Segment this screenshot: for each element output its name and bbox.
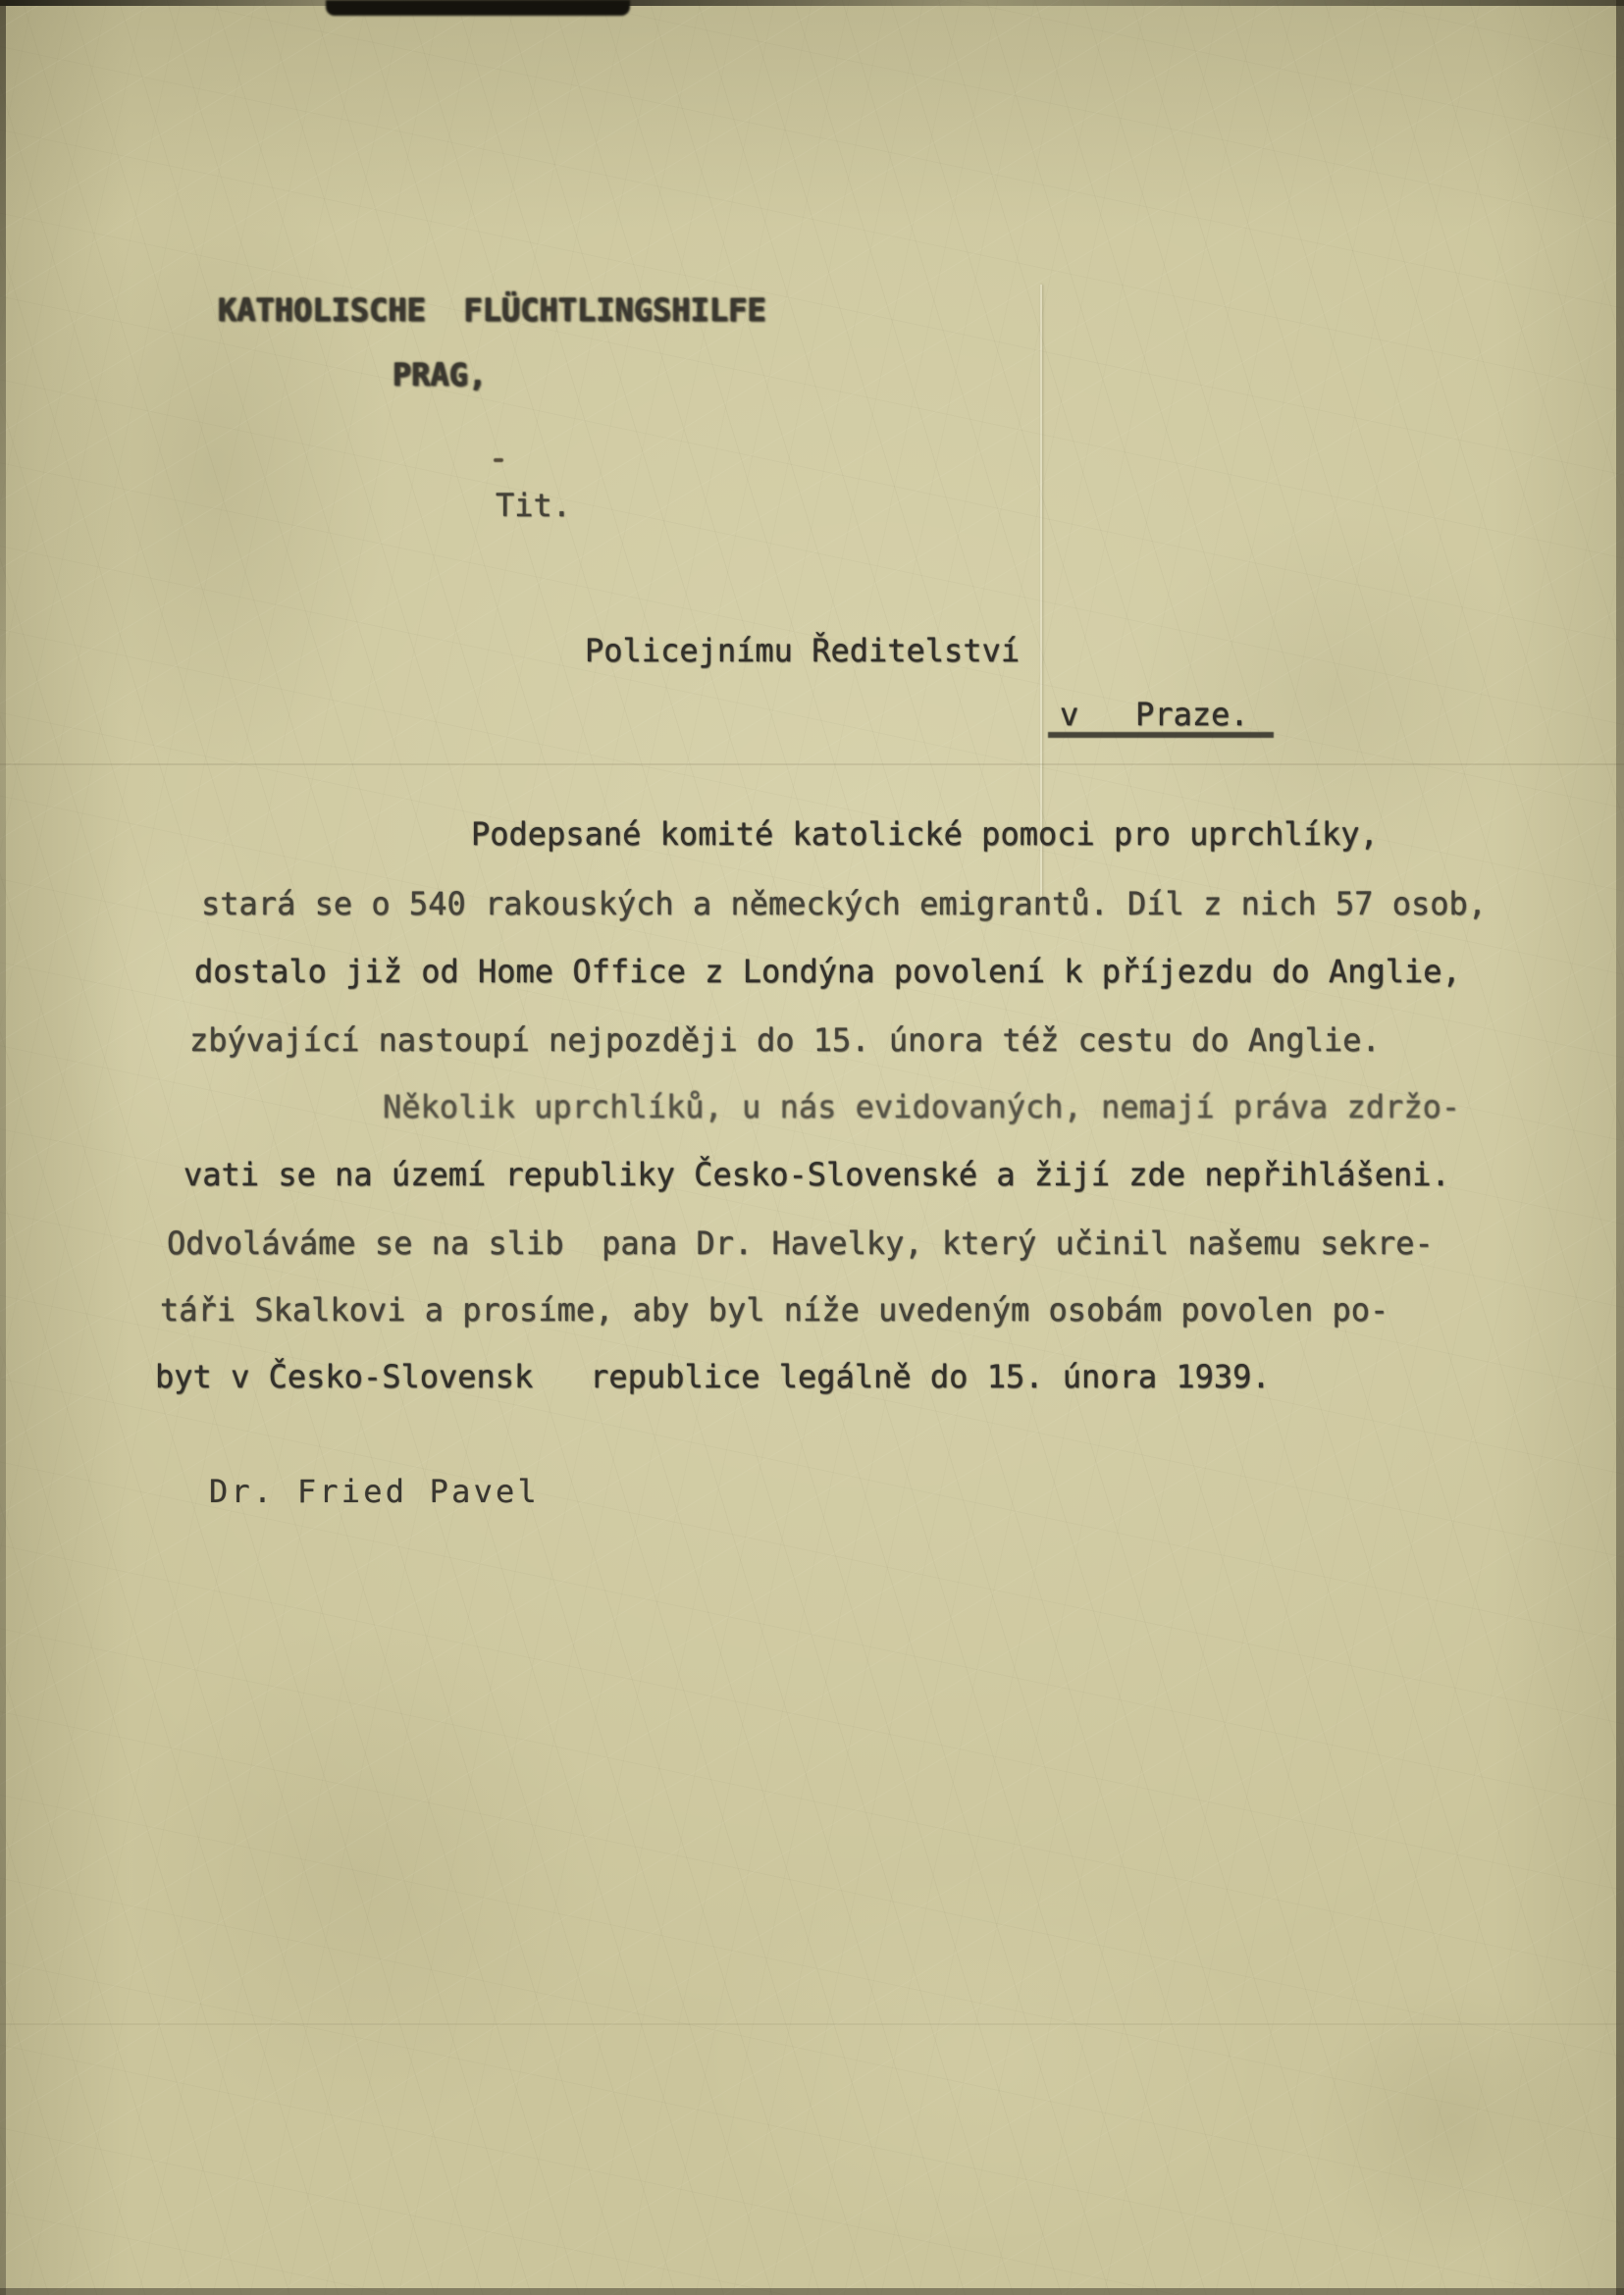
paper-highlight <box>687 1864 1276 2257</box>
salutation-line: Tit. <box>496 486 571 525</box>
body-line: Odvoláváme se na slib pana Dr. Havelky, … <box>167 1224 1434 1263</box>
body-line: táři Skalkovi a prosíme, aby byl níže uv… <box>160 1290 1388 1330</box>
paper-stain <box>39 167 393 775</box>
addressee-line: Policejnímu Ředitelství <box>585 631 1020 670</box>
paper-fold <box>0 2023 1624 2025</box>
body-line: zbývající nastoupí nejpozději do 15. úno… <box>189 1020 1381 1060</box>
body-line: dostalo již od Home Office z Londýna pov… <box>194 952 1461 991</box>
paper-fold <box>0 763 1624 765</box>
body-line: vati se na území republiky Česko-Slovens… <box>183 1155 1450 1194</box>
paper-texture <box>0 0 1624 2295</box>
scan-edge-bottom <box>0 2288 1624 2295</box>
body-line: Několik uprchlíků, u nás evidovaných, ne… <box>383 1087 1460 1126</box>
paper-stain <box>118 1619 608 2129</box>
body-line: stará se o 540 rakouských a německých em… <box>201 884 1487 923</box>
scan-edge-left <box>0 0 6 2295</box>
place-underline <box>1048 732 1274 738</box>
addressee-place-line: v Praze. <box>1060 695 1249 734</box>
body-line: byt v Česko-Slovensk republice legálně d… <box>155 1357 1271 1396</box>
body-line: Podepsané komité katolické pomoci pro up… <box>471 814 1379 854</box>
scan-edge-right <box>1616 0 1624 2295</box>
letterhead-city: PRAG, <box>393 355 487 394</box>
paper-stain <box>1305 1982 1599 2267</box>
scanned-letter-page: KATHOLISCHE FLÜCHTLINGSHILFE PRAG, Tit. … <box>0 0 1624 2295</box>
letterhead-org: KATHOLISCHE FLÜCHTLINGSHILFE <box>218 290 766 330</box>
signature-line: Dr. Fried Pavel <box>209 1472 540 1511</box>
ink-speck <box>494 458 503 462</box>
scan-edge-top <box>0 0 1624 6</box>
scan-edge-blob <box>326 0 630 16</box>
